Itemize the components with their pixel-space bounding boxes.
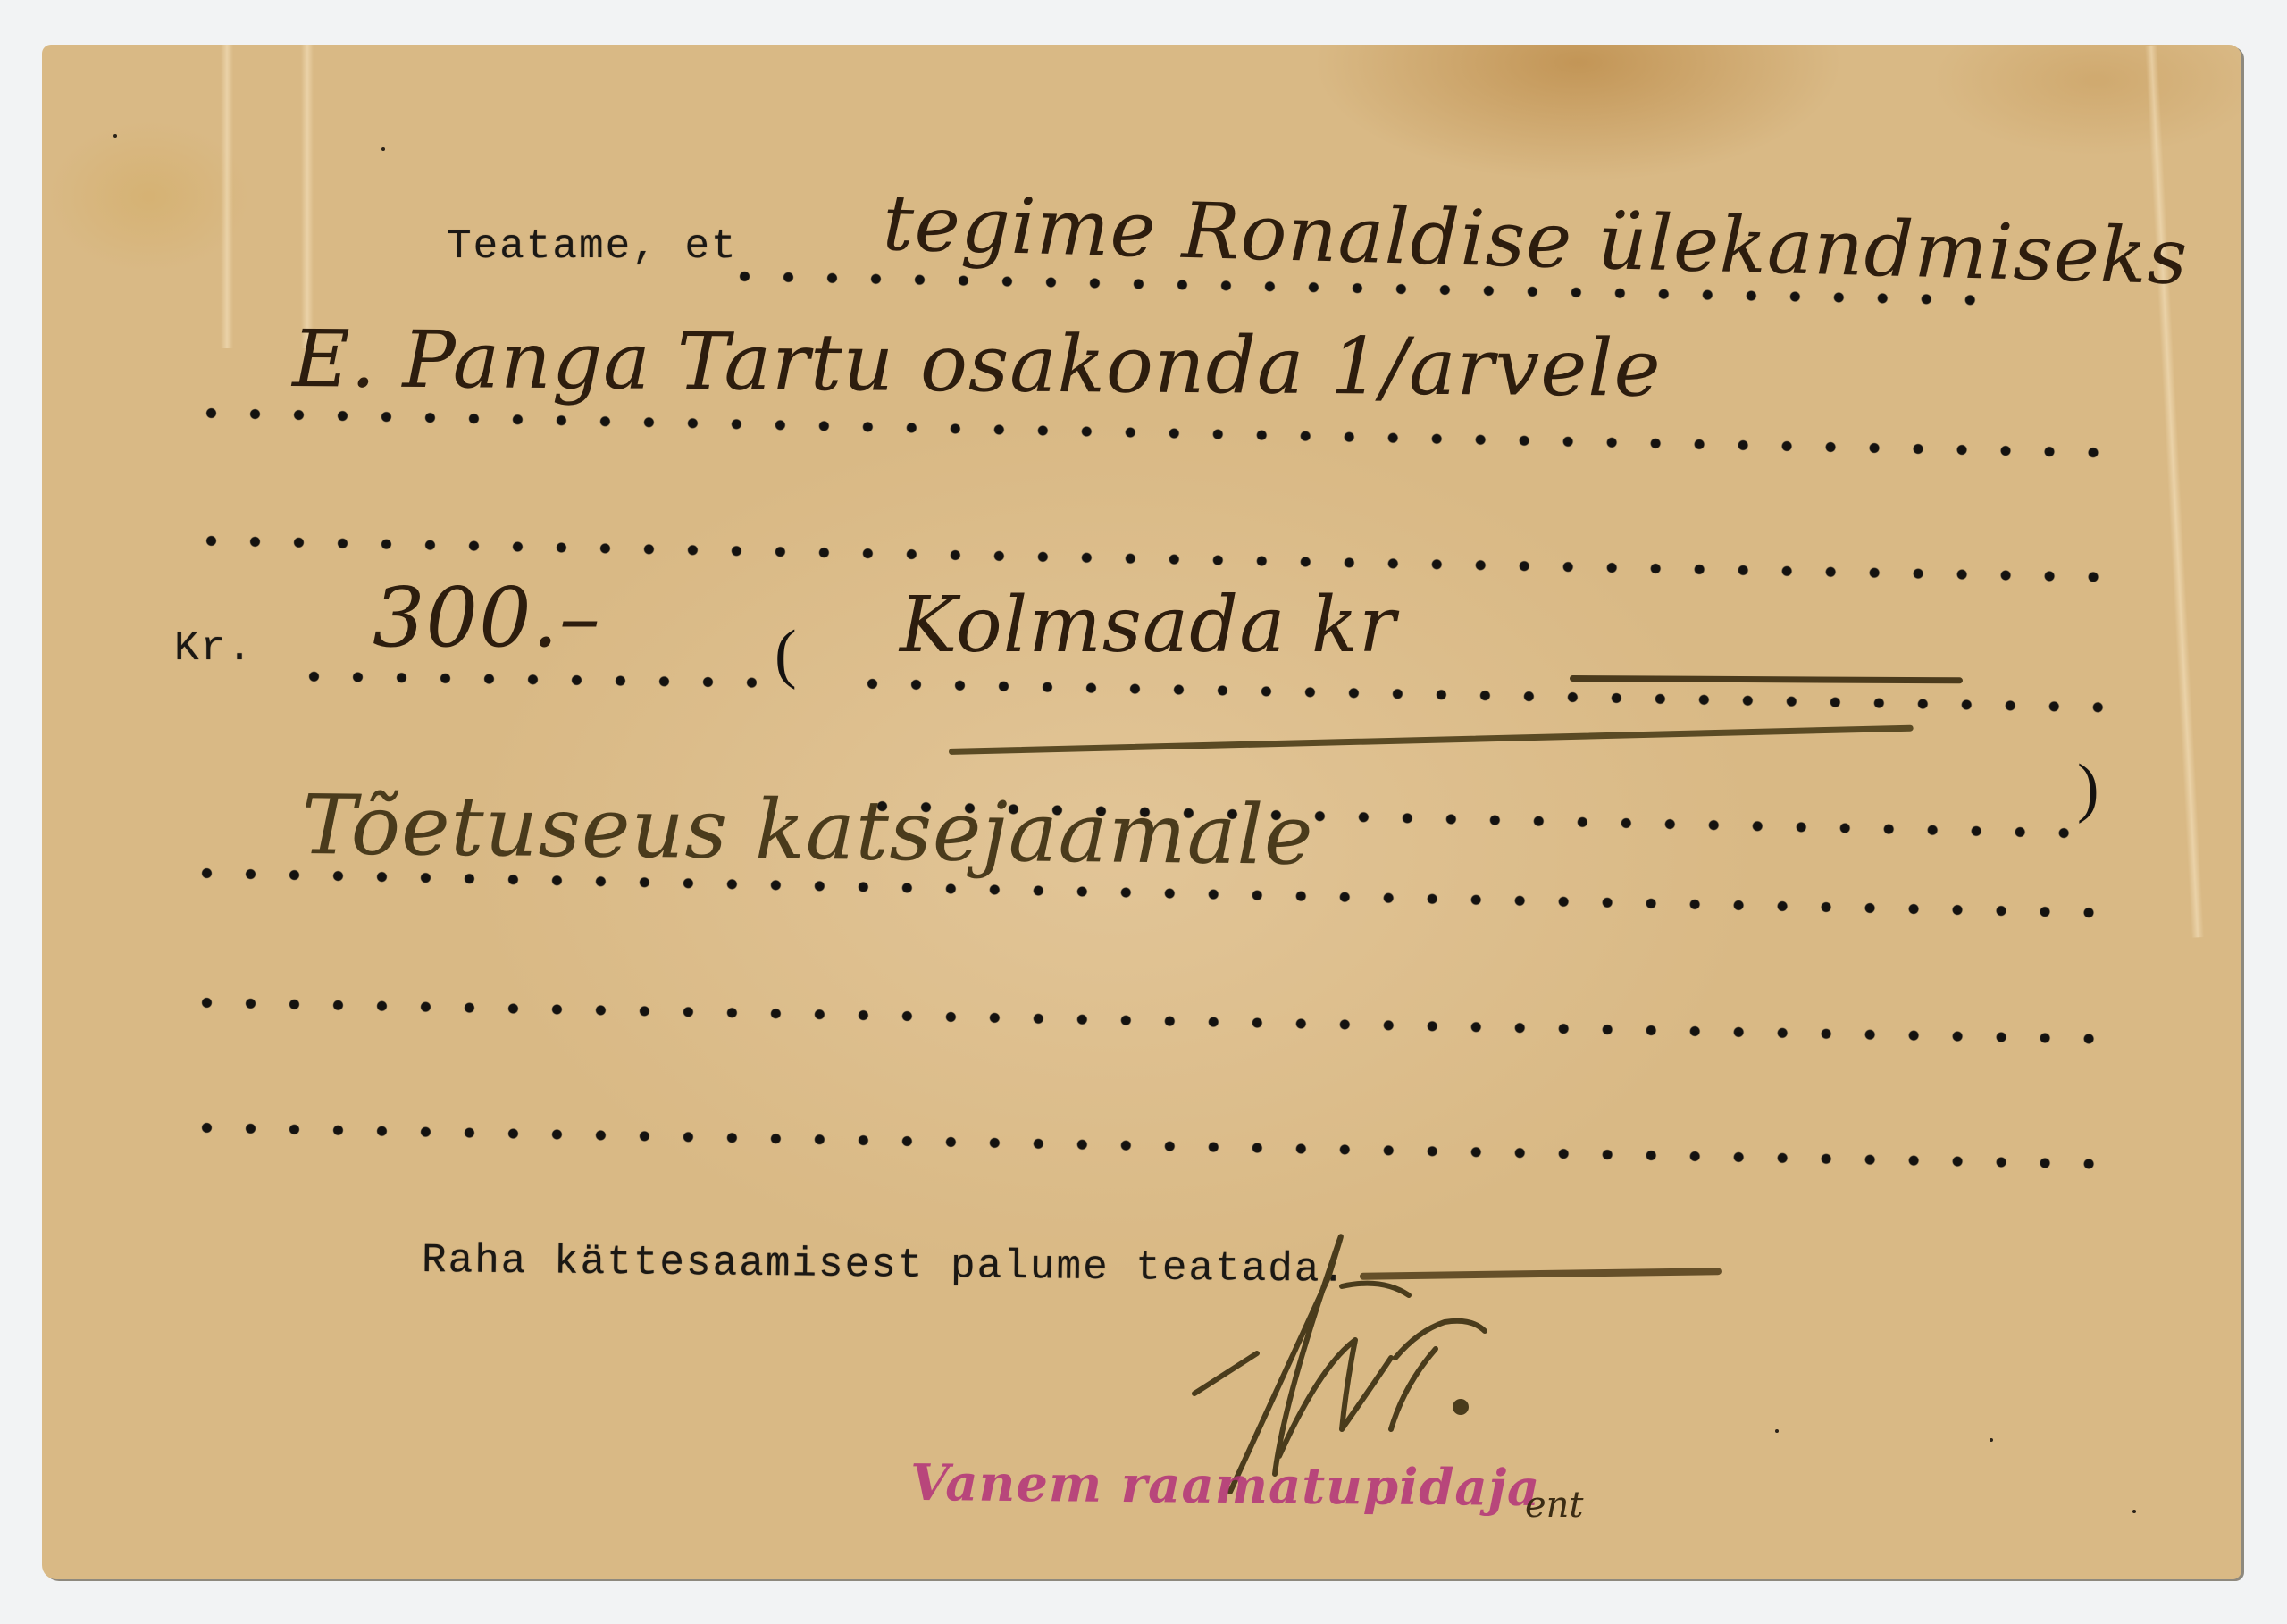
paper-speck [1775, 1429, 1779, 1433]
handwritten-long-dash [949, 725, 1914, 755]
dotted-fill-line [185, 996, 2115, 1045]
handwritten-line-2: E. Panga Tartu osakonda 1/arvele [292, 313, 1662, 414]
handwritten-stamp-suffix: ent [1525, 1485, 1584, 1526]
paper-speck [1990, 1438, 1993, 1442]
handwritten-amount-words: Kolmsada kr [900, 581, 1396, 670]
fold-crease [301, 45, 314, 348]
typed-intro: Teatame, et [447, 223, 738, 270]
rubber-stamp-title: Vanem raamatupidaja [910, 1453, 1541, 1518]
handwritten-dash-line [1570, 675, 1963, 683]
close-parenthesis: ) [2077, 750, 2099, 826]
paper-speck [113, 134, 117, 138]
fold-crease [2145, 45, 2204, 937]
dotted-fill-line [189, 406, 2115, 459]
paper-speck [2132, 1510, 2136, 1513]
open-parenthesis: ( [775, 616, 797, 692]
dotted-fill-line [292, 670, 757, 689]
handwritten-line-5: Tõetuseus katsejaamale [301, 777, 1314, 883]
dotted-fill-line [185, 1121, 2115, 1170]
scanned-postcard: Teatame, et tegime Ronaldise ülekandmise… [0, 0, 2287, 1624]
typed-amount-label: Kr. [174, 625, 254, 672]
paper-speck [381, 147, 385, 151]
fold-crease [221, 45, 233, 348]
postcard-paper: Teatame, et tegime Ronaldise ülekandmise… [42, 45, 2241, 1579]
handwritten-amount-figures: 300.– [373, 570, 601, 666]
